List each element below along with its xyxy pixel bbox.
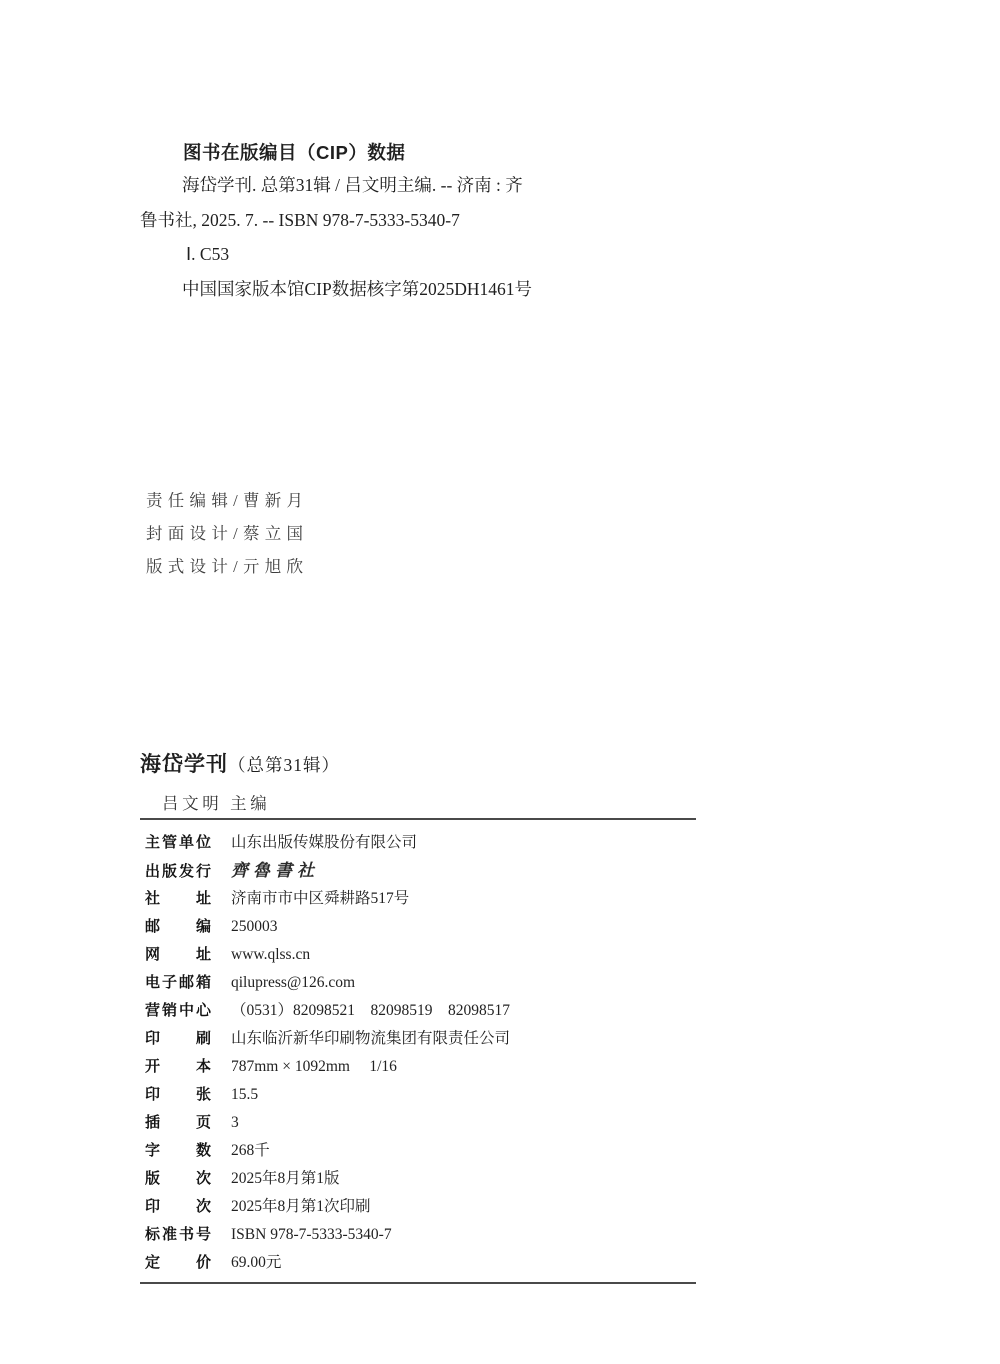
colophon-row-printing: 印次 2025年8月第1次印刷 [145, 1193, 701, 1221]
publisher-logo: 齊魯書社 [231, 857, 319, 885]
colophon-label: 印次 [145, 1193, 211, 1221]
colophon-row-address: 社址 济南市市中区舜耕路517号 [145, 885, 701, 913]
cip-line-4: 中国国家版本馆CIP数据核字第2025DH1461号 [140, 272, 700, 307]
colophon-label: 网址 [145, 941, 211, 969]
cip-block: 图书在版编目（CIP）数据 海岱学刊. 总第31辑 / 吕文明主编. -- 济南… [140, 138, 700, 306]
cip-line-3: Ⅰ. C53 [140, 237, 700, 272]
book-title: 海岱学刊 [140, 753, 228, 776]
colophon-value: www.qlss.cn [231, 941, 310, 969]
colophon-value: 济南市市中区舜耕路517号 [231, 885, 409, 913]
colophon-label: 印刷 [145, 1025, 211, 1053]
cip-line-2: 鲁书社, 2025. 7. -- ISBN 978-7-5333-5340-7 [140, 203, 700, 238]
colophon-value: ISBN 978-7-5333-5340-7 [231, 1221, 392, 1249]
book-title-sub: （总第31辑） [228, 755, 340, 775]
colophon-value: 250003 [231, 913, 278, 941]
colophon-row-publisher: 出版发行 齊魯書社 [145, 857, 701, 885]
title-line: 海岱学刊（总第31辑） [140, 748, 696, 778]
colophon-value: 2025年8月第1版 [231, 1165, 340, 1193]
credit-line-layout-design: 版式设计/亓旭欣 [146, 550, 308, 583]
colophon-row-marketing: 营销中心 （0531）82098521 82098519 82098517 [145, 997, 701, 1025]
colophon-row-printer: 印刷 山东临沂新华印刷物流集团有限责任公司 [145, 1025, 701, 1053]
colophon-row-wordcount: 字数 268千 [145, 1137, 701, 1165]
colophon-row-sheets: 印张 15.5 [145, 1081, 701, 1109]
colophon-label: 标准书号 [145, 1221, 211, 1249]
colophon-label: 邮编 [145, 913, 211, 941]
colophon-row-email: 电子邮箱 qilupress@126.com [145, 969, 701, 997]
colophon-label: 营销中心 [145, 997, 211, 1025]
cip-line-1: 海岱学刊. 总第31辑 / 吕文明主编. -- 济南 : 齐 [140, 168, 700, 203]
divider-top [140, 818, 696, 820]
divider-bottom [140, 1282, 696, 1284]
colophon-row-format: 开本 787mm × 1092mm 1/16 [145, 1053, 701, 1081]
credit-line-cover-design: 封面设计/蔡立国 [146, 517, 308, 550]
colophon-value: 2025年8月第1次印刷 [231, 1193, 371, 1221]
colophon-value: 山东临沂新华印刷物流集团有限责任公司 [231, 1025, 510, 1053]
colophon-row-inserts: 插页 3 [145, 1109, 701, 1137]
credit-line-editor: 责任编辑/曹新月 [146, 484, 308, 517]
colophon-row-website: 网址 www.qlss.cn [145, 941, 701, 969]
colophon-label: 印张 [145, 1081, 211, 1109]
colophon-value: 15.5 [231, 1081, 258, 1109]
colophon-value: 3 [231, 1109, 239, 1137]
colophon-label: 主管单位 [145, 829, 211, 857]
colophon-label: 电子邮箱 [145, 969, 211, 997]
colophon-value: qilupress@126.com [231, 969, 355, 997]
colophon-row-supervisor: 主管单位 山东出版传媒股份有限公司 [145, 829, 701, 857]
colophon-value: 69.00元 [231, 1249, 281, 1277]
colophon-label: 出版发行 [145, 858, 211, 886]
colophon-label: 社址 [145, 885, 211, 913]
colophon-row-postcode: 邮编 250003 [145, 913, 701, 941]
colophon-label: 开本 [145, 1053, 211, 1081]
colophon-value: 787mm × 1092mm 1/16 [231, 1053, 397, 1081]
colophon-row-edition: 版次 2025年8月第1版 [145, 1165, 701, 1193]
colophon-label: 字数 [145, 1137, 211, 1165]
colophon-label: 插页 [145, 1109, 211, 1137]
editor-line: 吕文明 主编 [162, 790, 696, 814]
colophon-label: 版次 [145, 1165, 211, 1193]
colophon-row-price: 定价 69.00元 [145, 1249, 701, 1277]
copyright-page: 图书在版编目（CIP）数据 海岱学刊. 总第31辑 / 吕文明主编. -- 济南… [0, 0, 1000, 1364]
cip-heading: 图书在版编目（CIP）数据 [183, 138, 700, 168]
colophon-value: 山东出版传媒股份有限公司 [231, 829, 417, 857]
colophon-row-isbn: 标准书号 ISBN 978-7-5333-5340-7 [145, 1221, 701, 1249]
credits-block: 责任编辑/曹新月 封面设计/蔡立国 版式设计/亓旭欣 [146, 484, 308, 583]
colophon-value: 268千 [231, 1137, 270, 1165]
colophon-label: 定价 [145, 1249, 211, 1277]
colophon-table: 主管单位 山东出版传媒股份有限公司 出版发行 齊魯書社 社址 济南市市中区舜耕路… [145, 829, 701, 1277]
colophon-value: （0531）82098521 82098519 82098517 [231, 997, 510, 1025]
title-block: 海岱学刊（总第31辑） 吕文明 主编 [140, 748, 696, 814]
